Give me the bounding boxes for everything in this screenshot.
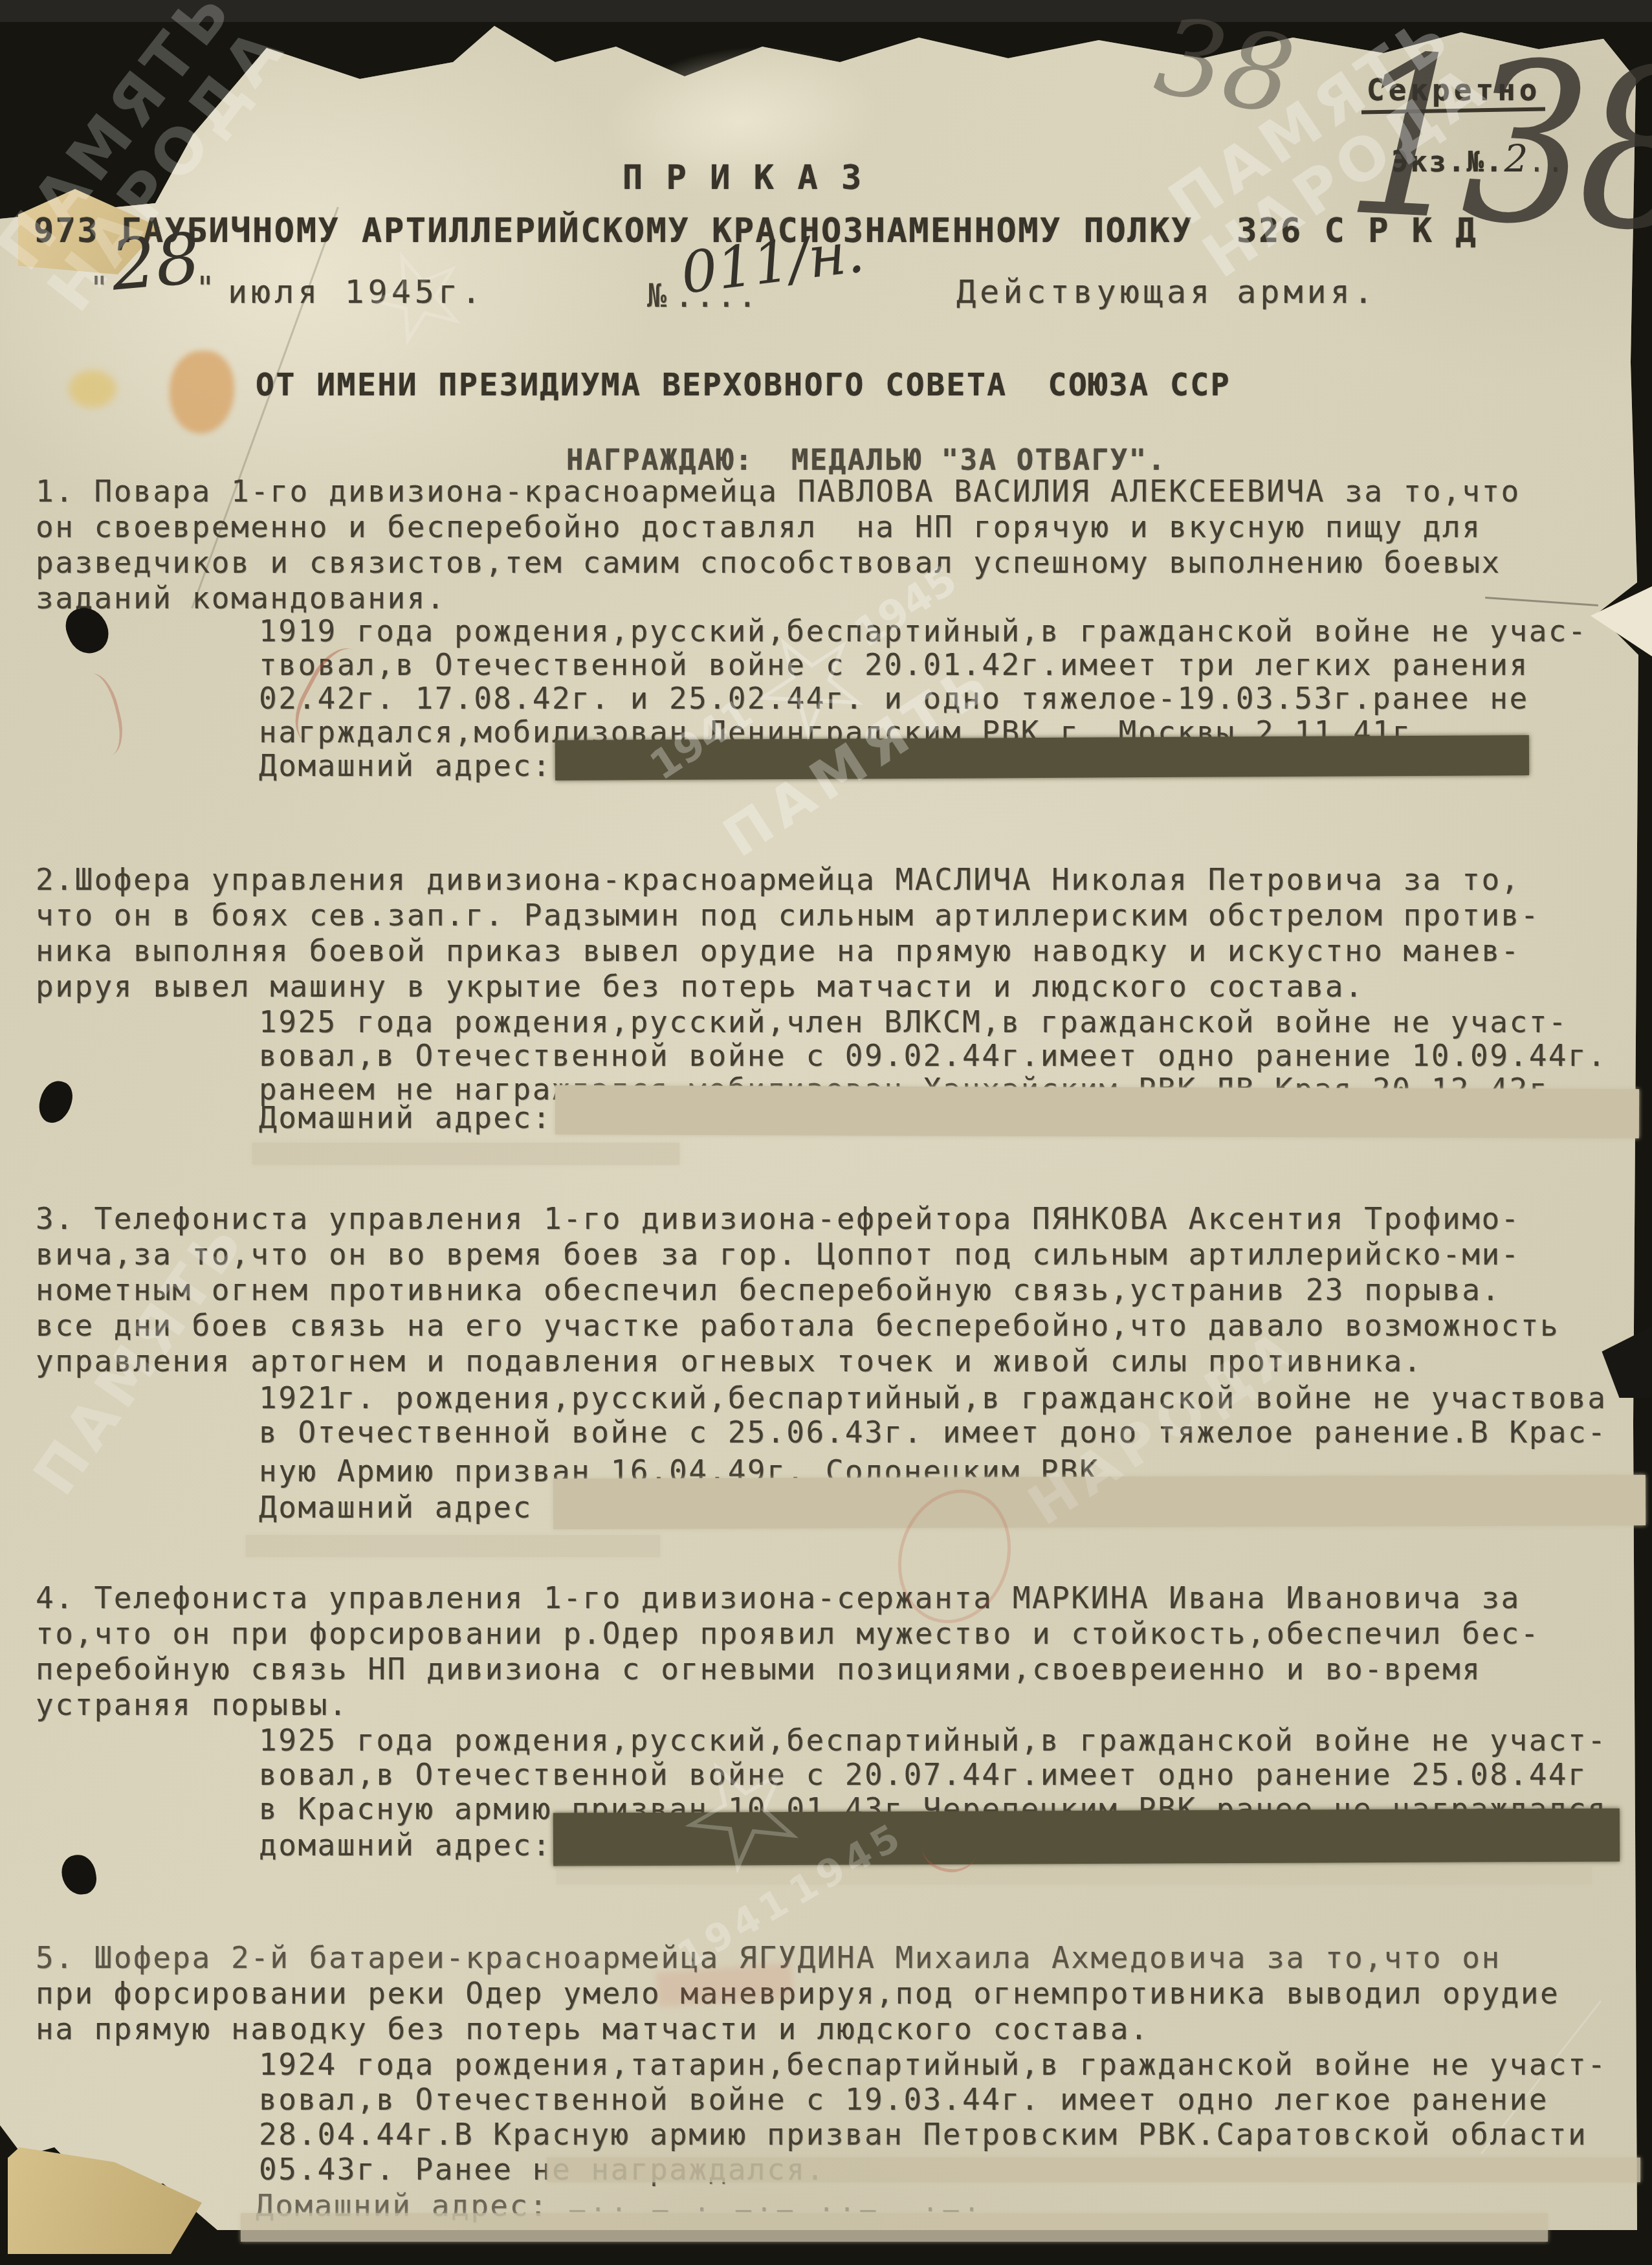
entry-5-bio-line: 1924 года рождения,татарин,беспартийный,…: [259, 2047, 1607, 2083]
entry-3-bio-line: 1921г. рождения,русский,беспартийный,в г…: [259, 1380, 1607, 1416]
entry-1-citation-line: он своевременно и бесперебойно доставлял…: [36, 509, 1481, 545]
entry-3-address-label: Домашний адрес: [259, 1490, 533, 1525]
entry-1-citation-line: заданий командования.: [36, 580, 446, 616]
entry-1-bio-line: 1919 года рождения,русский,беспартийный,…: [259, 613, 1587, 649]
entry-1-address-label: Домашний адрес:: [259, 748, 552, 784]
entry-4-bio-line: 1925 года рождения,русский,беспартийный,…: [259, 1723, 1607, 1758]
yellow-stain: [69, 370, 116, 408]
entry-2-bio-line: 1925 года рождения,русский,член ВЛКСМ,в …: [259, 1004, 1568, 1040]
entry-2-citation-line: что он в боях сев.зап.г. Радзымин под си…: [36, 898, 1540, 933]
entry-3-citation-line: все дни боев связь на его участке работа…: [36, 1308, 1559, 1343]
entry-3-citation-line: нометным огнем противника обеспечил бесп…: [36, 1272, 1501, 1308]
entry-4-bio-line: вовал,в Отечественной войне с 20.07.44г.…: [259, 1757, 1587, 1793]
entry-4-address-redaction-ghost: [556, 1866, 1592, 1884]
pencil-page-number-big: 138: [1341, 25, 1652, 263]
entry-2-address-label: Домашний адрес:: [259, 1100, 552, 1136]
scanned-order-page: Секретно Экз.№.2.. 38 138 П Р И К А З 97…: [0, 0, 1652, 2265]
entry-5-redaction-right: [547, 2158, 1640, 2182]
order-title: П Р И К А З: [622, 160, 863, 196]
date-open-quote: ": [89, 271, 111, 306]
entry-4-citation-line: то,что он при форсировании р.Одер прояви…: [36, 1616, 1540, 1652]
entry-1-citation-line: разведчиков и связистов,тем самим способ…: [36, 545, 1501, 580]
entry-1-citation-line: 1. Повара 1-го дивизиона-красноармейца П…: [36, 474, 1521, 509]
entry-5-redaction-bottom: [241, 2213, 1548, 2242]
entry-4-citation-line: устраняя порывы.: [36, 1687, 348, 1723]
entry-3-address-redaction: [553, 1475, 1646, 1529]
entry-4-address-label: домашний адрес:: [259, 1828, 552, 1863]
entry-1-bio-line: 02.42г. 17.08.42г. и 25.02.44г. и одно т…: [259, 681, 1529, 716]
pencil-page-number-small: 38: [1149, 2, 1301, 131]
entry-1-address-redaction: [555, 735, 1529, 780]
award-line: НАГРАЖДАЮ: МЕДАЛЬЮ "ЗА ОТВАГУ".: [566, 443, 1167, 478]
entry-4-address-redaction: [553, 1808, 1620, 1866]
army-note: Действующая армия.: [956, 274, 1377, 310]
date-month-year: июля 1945г.: [228, 274, 485, 310]
entry-5-bio-line: 28.04.44г.В Красную армию призван Петров…: [259, 2117, 1587, 2152]
entry-2-address-redaction: [555, 1085, 1639, 1138]
entry-2-citation-line: рируя вывел машину в укрытие без потерь …: [36, 969, 1364, 1004]
entry-2-citation-line: 2.Шофера управления дивизиона-красноарме…: [36, 862, 1521, 898]
entry-5-citation-line: при форсировании реки Одер умело маневри…: [36, 1976, 1559, 2011]
date-day-handwritten: 28: [109, 224, 203, 302]
entry-3-citation-line: 3. Телефониста управления 1-го дивизиона…: [36, 1201, 1521, 1237]
entry-3-bio-line: в Отечественной войне с 25.06.43г. имеет…: [259, 1415, 1607, 1450]
entry-4-citation-line: 4. Телефониста управления 1-го дивизиона…: [36, 1580, 1521, 1616]
order-number-prefix: №: [647, 278, 668, 314]
entry-2-citation-line: ника выполняя боевой приказ вывел орудие…: [36, 933, 1521, 969]
entry-3-citation-line: управления артогнем и подавления огневых…: [36, 1343, 1423, 1379]
entry-3-citation-line: вича,за то,что он во время боев за гор. …: [36, 1237, 1521, 1272]
entry-2-bio-line: вовал,в Отечественной войне с 09.02.44г.…: [259, 1038, 1607, 1074]
entry-5-citation-line: на прямую наводку без потерь матчасти и …: [36, 2011, 1149, 2047]
entry-4-citation-line: перебойную связь НП дивизиона с огневыми…: [36, 1652, 1481, 1687]
entry-1-bio-line: твовал,в Отечественной войне с 20.01.42г…: [259, 647, 1529, 683]
preamble-line: ОТ ИМЕНИ ПРЕЗИДИУМА ВЕРХОВНОГО СОВЕТА СО…: [256, 368, 1231, 403]
entry-5-bio-line: вовал,в Отечественной войне с 19.03.44г.…: [259, 2082, 1548, 2117]
entry-2-address-redaction-ghost: [252, 1143, 679, 1165]
entry-3-address-redaction-ghost: [246, 1535, 660, 1557]
